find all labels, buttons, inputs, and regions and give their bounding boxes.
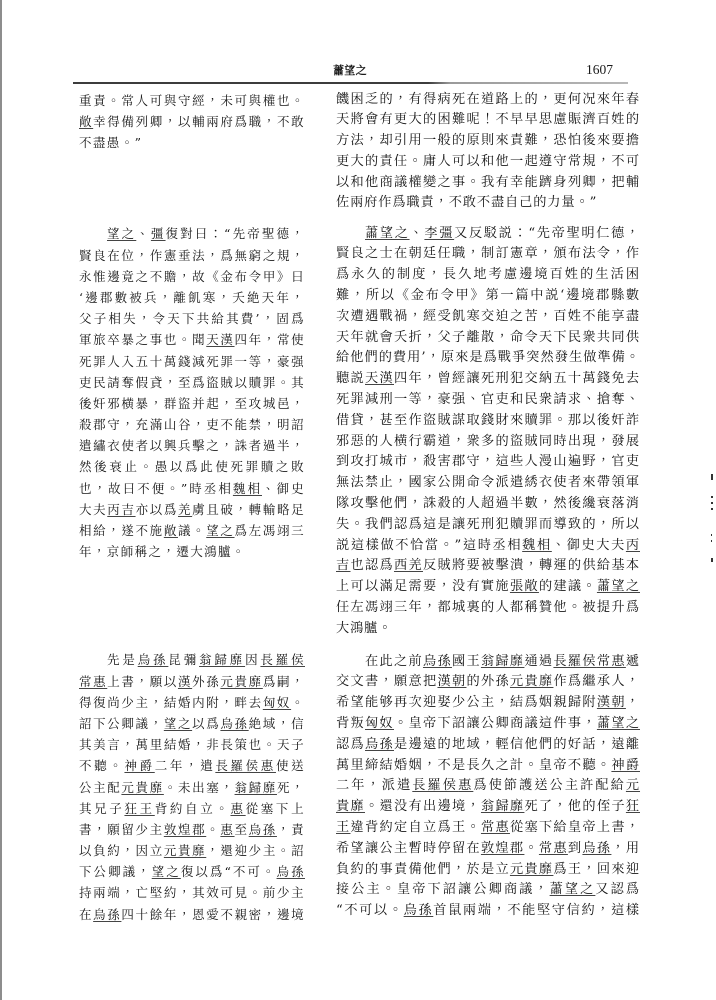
- text-line: 難，所以《金布令甲》第一篇中説‘邊境郡縣數: [336, 286, 640, 307]
- text-line: “不可以。烏孫首鼠兩端，不能堅守信約，這樣: [336, 901, 640, 922]
- text-run: 也認爲: [351, 558, 394, 573]
- text-run: 交文書，願意把: [336, 674, 437, 689]
- text-run: 二年，派遣: [336, 778, 412, 793]
- text-run: 、御史大夫: [552, 538, 626, 553]
- text-line: 認爲烏孫是邊遠的地域，輕信他們的好話，遠離: [336, 735, 640, 756]
- text-line: 聽説天漢四年，曾經讓死刑犯交納五十萬錢免去: [336, 369, 640, 390]
- proper-name-underlined: 長羅侯: [412, 778, 458, 793]
- text-run: 。: [524, 841, 539, 856]
- proper-name-underlined: 元貴靡: [510, 674, 553, 689]
- proper-name-underlined: 蕭望之: [597, 579, 640, 594]
- proper-name-underlined: 蕭望之: [597, 716, 640, 731]
- text-line: 天將會有更大的困難呢！不早早思慮賑濟百姓的: [336, 110, 640, 131]
- scan-speck: [711, 496, 713, 498]
- text-run: ，: [626, 695, 640, 710]
- text-run: “不可以。: [336, 903, 404, 918]
- proper-name-underlined: 烏孫: [365, 737, 394, 752]
- text-run: ，用: [611, 841, 640, 856]
- text-run: 國王: [452, 654, 481, 669]
- text-run: 説這樣做不恰當。”這時丞相: [336, 538, 522, 553]
- text-line: 希望能够再次迎娶少公主，結爲姻親歸附漢朝，: [336, 693, 640, 714]
- text-line: 希望讓公主暫時停留在敦煌郡。常惠到烏孫，用: [336, 839, 640, 860]
- proper-name-underlined: 張敞: [510, 579, 539, 594]
- text-line: 失。我們認爲這是讓死刑犯贖罪而導致的，所以: [336, 515, 640, 536]
- text-line: 説這樣做不恰當。”這時丞相魏相、御史大夫丙: [336, 536, 640, 557]
- text-run: 爲永久的制度，長久地考慮邊境百姓的生活困: [336, 267, 640, 282]
- text-run: 反賊將要被擊潰，轉運的供給基本: [423, 558, 640, 573]
- text-line: 貴靡。還没有出邊境，翁歸靡死了，他的侄子狂: [336, 797, 640, 818]
- text-line: 隊攻擊他們，誅殺的人超過半數，然後纔衰落消: [336, 494, 640, 515]
- text-run: 違背約定自立爲王。: [351, 820, 481, 835]
- proper-name-underlined: 翁歸靡: [481, 654, 524, 669]
- text-line: 饑困乏的，有得病死在道路上的，更何况來年春: [336, 90, 640, 111]
- text-run: 以和他商議權變之事。我有幸能躋身列卿，把輔: [336, 175, 640, 190]
- text-run: 希望讓公主暫時停留在: [336, 841, 481, 856]
- text-run: 難，所以《金布令甲》第一篇中説‘邊境郡縣數: [336, 288, 640, 303]
- proper-name-underlined: 李彊: [424, 226, 454, 241]
- proper-name-underlined: 漢朝: [597, 695, 626, 710]
- text-run: 失。我們認爲這是讓死刑犯贖罪而導致的，所以: [336, 517, 640, 532]
- text-run: 又認爲: [595, 882, 640, 897]
- text-line: 死罪減刑一等，豪强、官吏和民衆請求、搶奪、: [336, 390, 640, 411]
- translation-paragraph-2: 蕭望之、李彊又反駁説：“先帝聖明仁德，賢良之士在朝廷任職，制訂憲章，頒布法令，作…: [336, 224, 640, 640]
- text-line: 接公主。皇帝下詔讓公卿商議，蕭望之又認爲: [336, 880, 640, 901]
- translation-paragraph-1: 饑困乏的，有得病死在道路上的，更何况來年春天將會有更大的困難呢！不早早思慮賑濟百…: [336, 90, 640, 215]
- text-run: 到: [568, 841, 583, 856]
- text-run: 死了，他的侄子: [524, 799, 625, 814]
- proper-name-underlined: 吉: [336, 558, 351, 573]
- text-line: 次遭遇戰禍，經受飢寒交迫之苦，百姓不能享盡: [336, 307, 640, 328]
- text-run: 饑困乏的，有得病死在道路上的，更何况來年春: [336, 92, 640, 107]
- text-line: 到攻打城市，殺害郡守，這些人漫山遍野，官吏: [336, 452, 640, 473]
- proper-name-underlined: 惠: [458, 778, 473, 793]
- text-line: 在此之前烏孫國王翁歸靡通過長羅侯常惠遞: [336, 652, 640, 673]
- proper-name-underlined: 常惠: [597, 654, 626, 669]
- proper-name-underlined: 敦煌郡: [481, 841, 524, 856]
- scan-speck: [711, 540, 712, 542]
- text-run: 作爲繼承人，: [553, 674, 640, 689]
- text-run: 借貸，甚至作盜賊謀取錢財來贖罪。那以後奸詐: [336, 413, 640, 428]
- text-line: 蕭望之、李彊又反駁説：“先帝聖明仁德，: [336, 224, 640, 245]
- text-run: 更大的責任。庸人可以和他一起遵守常規，不可: [336, 154, 640, 169]
- proper-name-underlined: 烏孫: [582, 841, 611, 856]
- text-line: 負約的事責備他們，於是立元貴靡爲王，回來迎: [336, 860, 640, 881]
- text-line: 無法禁止，國家公開命令派遣綉衣使者來帶領軍: [336, 473, 640, 494]
- proper-name-underlined: 蕭望之: [550, 882, 596, 897]
- text-run: 無法禁止，國家公開命令派遣綉衣使者來帶領軍: [336, 475, 640, 490]
- text-run: 大鴻臚。: [336, 621, 392, 636]
- text-line: 佐兩府作爲職責，不敢不盡自己的力量。”: [336, 193, 640, 214]
- scan-speck: [711, 534, 712, 536]
- text-run: 爲王，回來迎: [553, 862, 640, 877]
- text-run: 到攻打城市，殺害郡守，這些人漫山遍野，官吏: [336, 454, 640, 469]
- text-run: 是邊遠的地域，輕信他們的好話，遠離: [394, 737, 640, 752]
- text-run: 隊攻擊他們，誅殺的人超過半數，然後纔衰落消: [336, 496, 640, 511]
- scan-speck: [711, 558, 713, 562]
- text-line: 賢良之士在朝廷任職，制訂憲章，頒布法令，作: [336, 244, 640, 265]
- text-run: 天年就會夭折，父子離散，命令天下民衆共同供: [336, 330, 640, 345]
- text-line: 借貸，甚至作盜賊謀取錢財來贖罪。那以後奸詐: [336, 411, 640, 432]
- text-line: 交文書，願意把漢朝的外孫元貴靡作爲繼承人，: [336, 672, 640, 693]
- proper-name-underlined: 元: [626, 778, 640, 793]
- proper-name-underlined: 貴靡: [336, 799, 365, 814]
- text-run: 接公主。皇帝下詔讓公卿商議，: [336, 882, 550, 897]
- text-run: 賢良之士在朝廷任職，制訂憲章，頒布法令，作: [336, 246, 640, 261]
- text-run: 上可以滿足需要，没有實施: [336, 579, 510, 594]
- text-line: 給他們的費用’，原來是爲戰爭突然發生做準備。: [336, 348, 640, 369]
- proper-name-underlined: 王: [336, 820, 351, 835]
- proper-name-underlined: 丙: [626, 538, 640, 553]
- text-run: 首鼠兩端，不能堅守信約，這樣: [433, 903, 640, 918]
- text-run: 通過: [524, 654, 553, 669]
- text-line: 背叛匈奴。皇帝下詔讓公卿商議這件事，蕭望之: [336, 714, 640, 735]
- text-run: 方法，却引用一般的原則來責難，恐怕後來要擔: [336, 133, 640, 148]
- text-run: 佐兩府作爲職責，不敢不盡自己的力量。”: [336, 195, 597, 210]
- proper-name-underlined: 蕭望之: [365, 226, 410, 241]
- text-run: 四年，曾經讓死刑犯交納五十萬錢免去: [394, 371, 640, 386]
- proper-name-underlined: 元貴靡: [510, 862, 553, 877]
- scan-speck: [711, 508, 713, 510]
- text-line: 上可以滿足需要，没有實施張敞的建議。蕭望之: [336, 577, 640, 598]
- text-run: 。還没有出邊境，: [365, 799, 481, 814]
- text-run: 。皇帝下詔讓公卿商議這件事，: [394, 716, 597, 731]
- book-page: 蕭望之 1607 重責。常人可與守經，未可與權也。敞幸得備列卿，以輔兩府爲職，不…: [0, 0, 716, 1000]
- proper-name-underlined: 常惠: [481, 820, 510, 835]
- proper-name-underlined: 常惠: [539, 841, 568, 856]
- proper-name-underlined: 神爵: [611, 758, 640, 773]
- text-line: 王違背約定自立爲王。常惠從塞下給皇帝上書，: [336, 818, 640, 839]
- scan-speck: [711, 474, 713, 480]
- text-run: 給他們的費用’，原來是爲戰爭突然發生做準備。: [336, 350, 640, 365]
- proper-name-underlined: 西羌: [394, 558, 423, 573]
- proper-name-underlined: 長羅侯: [553, 654, 596, 669]
- translation-paragraph-3: 在此之前烏孫國王翁歸靡通過長羅侯常惠遞交文書，願意把漢朝的外孫元貴靡作爲繼承人，…: [336, 652, 640, 922]
- translation-column: 饑困乏的，有得病死在道路上的，更何况來年春天將會有更大的困難呢！不早早思慮賑濟百…: [0, 0, 716, 1000]
- text-line: 大鴻臚。: [336, 619, 640, 640]
- text-run: 希望能够再次迎娶少公主，結爲姻親歸附: [336, 695, 597, 710]
- text-run: 的建議。: [539, 579, 597, 594]
- text-line: 方法，却引用一般的原則來責難，恐怕後來要擔: [336, 131, 640, 152]
- text-run: 次遭遇戰禍，經受飢寒交迫之苦，百姓不能享盡: [336, 309, 640, 324]
- text-run: 背叛: [336, 716, 365, 731]
- text-line: 更大的責任。庸人可以和他一起遵守常規，不可: [336, 152, 640, 173]
- proper-name-underlined: 烏孫: [423, 654, 452, 669]
- text-run: 負約的事責備他們，於是立: [336, 862, 510, 877]
- text-run: 聽説: [336, 371, 365, 386]
- text-line: 以和他商議權變之事。我有幸能躋身列卿，把輔: [336, 173, 640, 194]
- text-run: 死罪減刑一等，豪强、官吏和民衆請求、搶奪、: [336, 392, 640, 407]
- text-line: 吉也認爲西羌反賊將要被擊潰，轉運的供給基本: [336, 556, 640, 577]
- scan-speck: [711, 502, 713, 504]
- text-run: 任左馮翊三年，都城裏的人都稱贊他。被提升爲: [336, 600, 640, 615]
- text-run: 爲使節護送公主許配給: [473, 778, 626, 793]
- proper-name-underlined: 漢朝: [437, 674, 466, 689]
- text-run: 認爲: [336, 737, 365, 752]
- text-line: 萬里締結婚姻，不是長久之計。皇帝不聽。神爵: [336, 756, 640, 777]
- proper-name-underlined: 魏相: [522, 538, 552, 553]
- proper-name-underlined: 烏孫: [404, 903, 434, 918]
- text-run: 又反駁説：“先帝聖明仁德，: [454, 226, 640, 241]
- proper-name-underlined: 匈奴: [365, 716, 394, 731]
- text-run: 的外孫: [466, 674, 509, 689]
- text-run: 邪惡的人横行霸道，衆多的盜賊同時出現，發展: [336, 434, 640, 449]
- text-line: 邪惡的人横行霸道，衆多的盜賊同時出現，發展: [336, 432, 640, 453]
- text-run: 從塞下給皇帝上書，: [510, 820, 640, 835]
- text-line: 爲永久的制度，長久地考慮邊境百姓的生活困: [336, 265, 640, 286]
- text-line: 任左馮翊三年，都城裏的人都稱贊他。被提升爲: [336, 598, 640, 619]
- proper-name-underlined: 翁歸靡: [481, 799, 524, 814]
- text-run: 萬里締結婚姻，不是長久之計。皇帝不聽。: [336, 758, 611, 773]
- text-run: 、: [410, 226, 425, 241]
- proper-name-underlined: 天漢: [365, 371, 394, 386]
- proper-name-underlined: 狂: [626, 799, 640, 814]
- text-line: 天年就會夭折，父子離散，命令天下民衆共同供: [336, 328, 640, 349]
- text-run: 遞: [626, 654, 640, 669]
- text-run: 在此之前: [365, 654, 423, 669]
- text-run: 天將會有更大的困難呢！不早早思慮賑濟百姓的: [336, 112, 640, 127]
- text-line: 二年，派遣長羅侯惠爲使節護送公主許配給元: [336, 776, 640, 797]
